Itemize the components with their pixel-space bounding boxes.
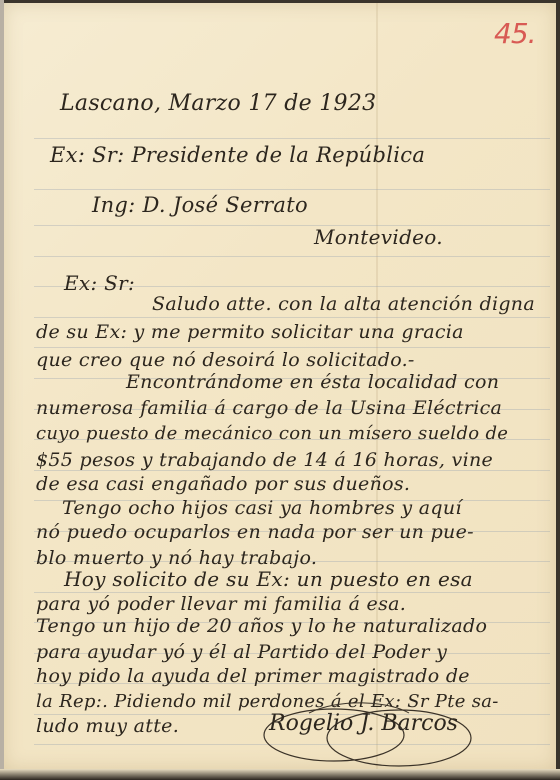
salutation: Ex: Sr: xyxy=(64,271,135,295)
body-line: Tengo ocho hijos casi ya hombres y aquí xyxy=(62,497,462,519)
folio-number: 45. xyxy=(494,17,536,50)
body-line: para yó poder llevar mi familia á esa. xyxy=(36,593,406,615)
addressee-name: Ing: D. José Serrato xyxy=(92,193,308,217)
ruled-line xyxy=(34,317,550,318)
body-line: cuyo puesto de mecánico con un mísero su… xyxy=(36,423,508,444)
addressee-title: Ex: Sr: Presidente de la República xyxy=(50,143,425,167)
ruled-line xyxy=(34,225,550,226)
body-line: para ayudar yó y él al Partido del Poder… xyxy=(36,641,447,663)
ruled-line xyxy=(34,189,550,190)
body-line: nó puedo ocuparlos en nada por ser un pu… xyxy=(36,521,474,543)
ruled-line xyxy=(34,256,550,257)
scan-bottom-edge xyxy=(0,769,560,780)
signature-text: Rogelio J. Barcos xyxy=(269,711,458,736)
body-line: que creo que nó desoirá lo solicitado.- xyxy=(36,349,415,371)
body-line: ludo muy atte. xyxy=(36,715,179,737)
ruled-line xyxy=(34,138,550,139)
place-date: Lascano, Marzo 17 de 1923 xyxy=(60,91,376,116)
ruled-line xyxy=(34,347,550,348)
body-line: Hoy solicito de su Ex: un puesto en esa xyxy=(64,567,473,591)
body-line: de esa casi engañado por sus dueños. xyxy=(36,473,410,495)
addressee-city: Montevideo. xyxy=(314,225,443,249)
body-line: blo muerto y nó hay trabajo. xyxy=(36,547,317,569)
body-line: numerosa familia á cargo de la Usina Elé… xyxy=(36,397,502,419)
body-line: hoy pido la ayuda del primer magistrado … xyxy=(36,665,470,687)
body-line: de su Ex: y me permito solicitar una gra… xyxy=(36,321,464,343)
signature: Rogelio J. Barcos xyxy=(249,693,479,769)
body-line: Tengo un hijo de 20 años y lo he natural… xyxy=(36,615,487,637)
body-line: Saludo atte. con la alta atención digna xyxy=(152,293,535,315)
letter-page: 45. Lascano, Marzo 17 de 1923 Ex: Sr: Pr… xyxy=(4,3,556,769)
body-line: Encontrándome en ésta localidad con xyxy=(126,371,499,393)
body-line: $55 pesos y trabajando de 14 á 16 horas,… xyxy=(36,449,493,471)
